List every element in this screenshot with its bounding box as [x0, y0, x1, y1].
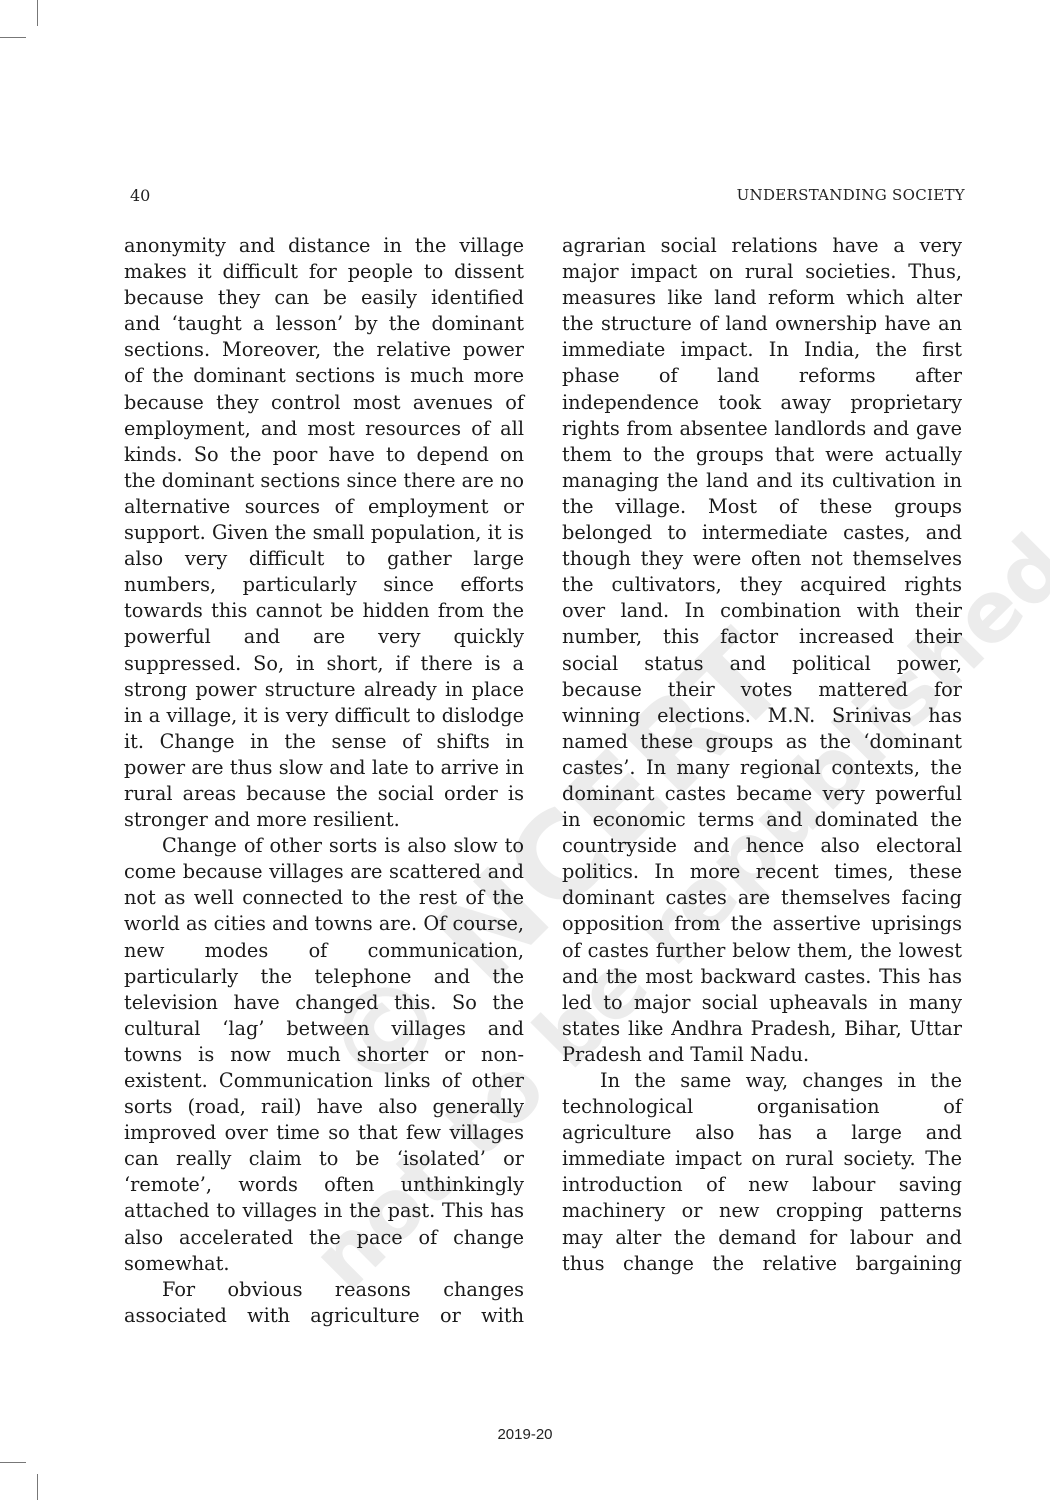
- book-title: UNDERSTANDING SOCIETY: [737, 186, 965, 204]
- crop-mark-bottom-left-vertical: [37, 1474, 38, 1500]
- paragraph: Change of other sorts is also slow to co…: [124, 833, 524, 1277]
- crop-mark-top-left-horizontal: [0, 37, 26, 38]
- right-column: agrarian social relations have a very ma…: [562, 233, 962, 1277]
- textbook-page: © NCERT not to be republished 40 UNDERST…: [0, 0, 1050, 1500]
- footer-year: 2019-20: [0, 1426, 1050, 1443]
- paragraph: agrarian social relations have a very ma…: [562, 233, 962, 1068]
- page-number: 40: [130, 186, 150, 205]
- paragraph: For obvious reasons changes associated w…: [124, 1277, 524, 1329]
- running-head: 40 UNDERSTANDING SOCIETY: [130, 186, 965, 210]
- paragraph: anonymity and distance in the village ma…: [124, 233, 524, 833]
- crop-mark-bottom-left-horizontal: [0, 1462, 26, 1463]
- paragraph: In the same way, changes in the technolo…: [562, 1068, 962, 1277]
- left-column: anonymity and distance in the village ma…: [124, 233, 524, 1329]
- crop-mark-top-left-vertical: [37, 0, 38, 26]
